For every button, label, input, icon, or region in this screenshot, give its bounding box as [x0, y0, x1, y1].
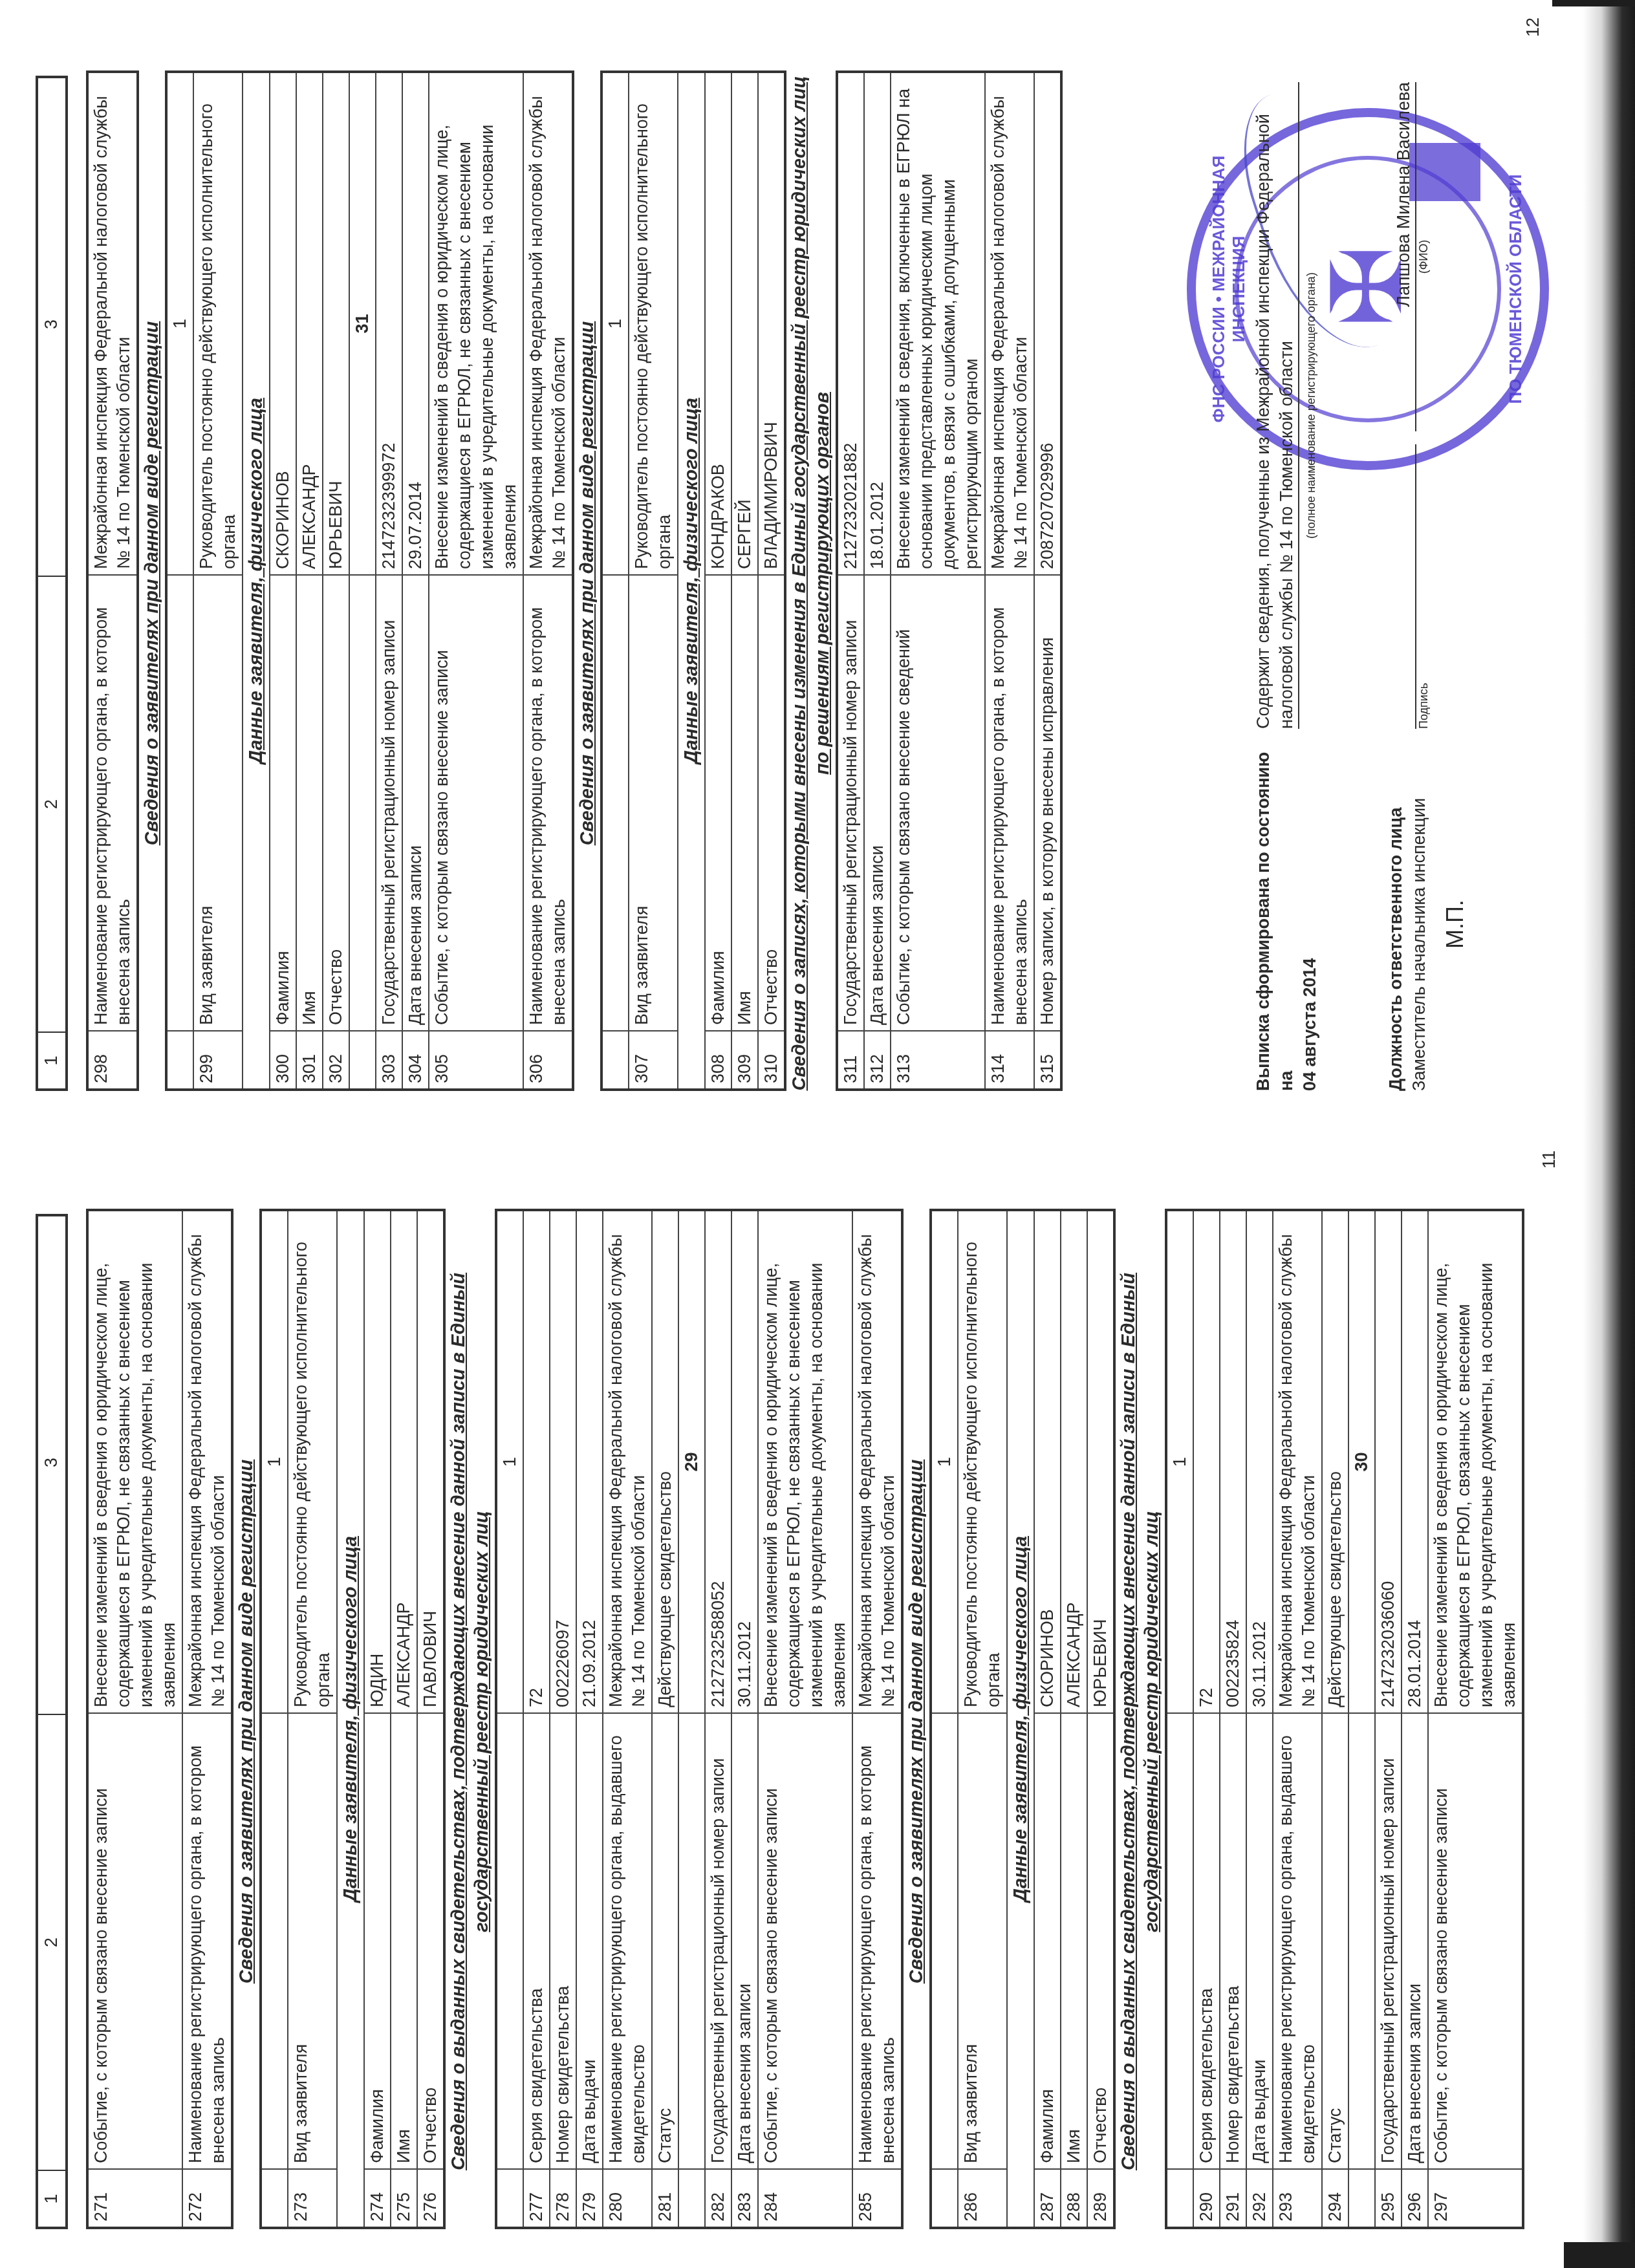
row-value: Межрайонная инспекция Федеральной налого… [985, 72, 1034, 575]
table-row: 314Наименование регистрирующего органа, … [985, 72, 1034, 1090]
row-value: Руководитель постоянно действующего испо… [958, 1210, 1007, 1713]
column-header-1: 1 [38, 1031, 65, 1088]
row-value: Межрайонная инспекция Федеральной налого… [87, 72, 138, 575]
table-row: 289ОтчествоЮРЬЕВИЧ [1087, 1210, 1114, 2228]
row-label: Серия свидетельства [523, 1713, 550, 2169]
row-number: 279 [576, 2169, 603, 2228]
row-label: Фамилия [270, 575, 296, 1031]
row-label: Дата внесения записи [402, 575, 429, 1031]
row-number: 274 [364, 2169, 391, 2228]
row-value: 002226097 [550, 1210, 576, 1713]
row-label: Наименование регистрирующего органа, в к… [87, 575, 138, 1031]
index-row: 29 [678, 1210, 705, 2228]
table-row: 308ФамилияКОНДРАКОВ [705, 72, 731, 1090]
table-row: 312Дата внесения записи18.01.2012 [864, 72, 891, 1090]
index-value: 30 [1348, 1210, 1375, 1713]
row-label: Фамилия [705, 575, 731, 1031]
row-value: Руководитель постоянно действующего испо… [288, 1210, 337, 1713]
column-header-3: 3 [38, 1211, 65, 1714]
table-row: 309ИмяСЕРГЕЙ [731, 72, 758, 1090]
row-number: 309 [731, 1031, 758, 1090]
row-number: 288 [1061, 2169, 1087, 2228]
row-label: Государственный регистрационный номер за… [376, 575, 402, 1031]
table-row: 306Наименование регистрирующего органа, … [523, 72, 573, 1090]
row-number: 294 [1322, 2169, 1348, 2228]
record-table: 1299Вид заявителяРуководитель постоянно … [165, 70, 574, 1091]
table-row: 298Наименование регистрирующего органа, … [87, 72, 138, 1090]
row-value: 18.01.2012 [864, 72, 891, 575]
row-label: Отчество [1087, 1713, 1114, 2169]
row-value: КОНДРАКОВ [705, 72, 731, 575]
row-value: Руководитель постоянно действующего испо… [629, 72, 678, 575]
row-value: Внесение изменений в сведения о юридичес… [1428, 1210, 1523, 1713]
row-value: Межрайонная инспекция Федеральной налого… [523, 72, 573, 575]
row-label: Дата внесения записи [864, 575, 891, 1031]
table-row: 302ОтчествоЮРЬЕВИЧ [323, 72, 349, 1090]
row-label: Вид заявителя [193, 575, 243, 1031]
column-header-row: 123 [36, 1214, 68, 2229]
row-label: Дата выдачи [1246, 1713, 1273, 2169]
row-value: СКОРИНОВ [270, 72, 296, 575]
table-row: 293Наименование регистрирующего органа, … [1273, 1210, 1322, 2228]
row-number: 303 [376, 1031, 402, 1090]
index-value: 29 [678, 1210, 705, 1713]
signature-caption: Подпись [1416, 431, 1431, 729]
table-row: 273Вид заявителяРуководитель постоянно д… [288, 1210, 337, 2228]
table-row: 274ФамилияЮДИН [364, 1210, 391, 2228]
row-label: Государственный регистрационный номер за… [705, 1713, 731, 2169]
row-value: Внесение изменений в сведения о юридичес… [758, 1210, 852, 1713]
index-value: 1 [1166, 1210, 1193, 1713]
section-title-applicants: Сведения о заявителях при данном виде ре… [574, 76, 600, 1091]
index-row: 31 [349, 72, 376, 1090]
row-number: 273 [288, 2169, 337, 2228]
table-row: 307Вид заявителяРуководитель постоянно д… [629, 72, 678, 1090]
record-table: 311Государственный регистрационный номер… [836, 70, 1063, 1091]
row-label: Событие, с которым связано внесение запи… [87, 1713, 182, 2169]
row-value: ЮДИН [364, 1210, 391, 1713]
row-value: Действующее свидетельство [1322, 1210, 1348, 1713]
row-value: 2127232588052 [705, 1210, 731, 1713]
footer: Выписка сформирована по состоянию на 04 … [1251, 56, 1467, 1091]
page-12-content: 123298Наименование регистрирующего орган… [36, 76, 1063, 1091]
table-row: 275ИмяАЛЕКСАНДР [391, 1210, 417, 2228]
page-12: 123298Наименование регистрирующего орган… [0, 5, 1635, 1130]
row-number: 287 [1034, 2169, 1061, 2228]
index-value: 1 [166, 72, 193, 575]
row-label: Номер записи, в которую внесены исправле… [1034, 575, 1061, 1031]
index-row: 1 [496, 1210, 523, 2228]
row-number: 271 [87, 2169, 182, 2228]
row-value: СКОРИНОВ [1034, 1210, 1061, 1713]
position-value: Заместитель начальника инспекции [1407, 729, 1431, 1091]
row-label: Отчество [417, 1713, 444, 2169]
row-number: 307 [629, 1031, 678, 1090]
table-row: 297Событие, с которым связано внесение з… [1428, 1210, 1523, 2228]
table-row: 276ОтчествоПАВЛОВИЧ [417, 1210, 444, 2228]
row-label: Имя [391, 1713, 417, 2169]
row-label: Имя [731, 575, 758, 1031]
row-value: ЮРЬЕВИЧ [1087, 1210, 1114, 1713]
table-row: 280Наименование регистрирующего органа, … [603, 1210, 652, 2228]
section-title-corrections: Сведения о записях, которыми внесены изм… [786, 76, 836, 1091]
issued-date: 04 августа 2014 [1298, 729, 1321, 1091]
row-value: Внесение изменений в сведения о юридичес… [429, 72, 523, 575]
record-table: 271Событие, с которым связано внесение з… [86, 1209, 233, 2229]
index-row: 1 [166, 72, 193, 1090]
row-label: Отчество [323, 575, 349, 1031]
table-row: 271Событие, с которым связано внесение з… [87, 1210, 182, 2228]
table-row: 279Дата выдачи21.09.2012 [576, 1210, 603, 2228]
row-value: АЛЕКСАНДР [296, 72, 323, 575]
row-number: 310 [758, 1031, 785, 1090]
table-row: 304Дата внесения записи29.07.2014 [402, 72, 429, 1090]
row-number: 296 [1402, 2169, 1428, 2228]
row-number: 283 [731, 2169, 758, 2228]
stamp-text-bottom: ПО ТЮМЕНСКОЙ ОБЛАСТИ [1506, 117, 1526, 461]
table-row: 288ИмяАЛЕКСАНДР [1061, 1210, 1087, 2228]
column-header-2: 2 [38, 1714, 65, 2170]
table-row: 291Номер свидетельства002235824 [1220, 1210, 1246, 2228]
row-value: АЛЕКСАНДР [1061, 1210, 1087, 1713]
row-number: 282 [705, 2169, 731, 2228]
table-row: 278Номер свидетельства002226097 [550, 1210, 576, 2228]
record-table: 1307Вид заявителяРуководитель постоянно … [600, 70, 786, 1091]
issued-text: Содержит сведения, полученные из Межрайо… [1251, 82, 1299, 729]
row-number: 291 [1220, 2169, 1246, 2228]
page-11: 123271Событие, с которым связано внесени… [0, 1143, 1635, 2268]
index-value: 31 [349, 72, 376, 575]
table-row: 287ФамилияСКОРИНОВ [1034, 1210, 1061, 2228]
stamp-text-top: ФНС РОССИИ • МЕЖРАЙОННАЯ ИНСПЕКЦИЯ [1209, 117, 1249, 461]
index-row: 1 [601, 72, 629, 1090]
row-value: СЕРГЕЙ [731, 72, 758, 575]
row-label: Дата внесения записи [1402, 1713, 1428, 2169]
table-row: 313Событие, с которым связано внесение с… [891, 72, 985, 1090]
row-label: Событие, с которым связано внесение запи… [429, 575, 523, 1031]
row-number: 306 [523, 1031, 573, 1090]
index-row: 1 [931, 1210, 958, 2228]
index-value: 1 [261, 1210, 288, 1713]
row-value: 2127232021882 [837, 72, 864, 575]
table-row: 282Государственный регистрационный номер… [705, 1210, 731, 2228]
index-row: 30 [1348, 1210, 1375, 2228]
index-row: 1 [1166, 1210, 1193, 2228]
row-number: 312 [864, 1031, 891, 1090]
row-value: ВЛАДИМИРОВИЧ [758, 72, 785, 575]
table-row: 284Событие, с которым связано внесение з… [758, 1210, 852, 2228]
table-row: 310ОтчествоВЛАДИМИРОВИЧ [758, 72, 785, 1090]
row-label: Государственный регистрационный номер за… [1375, 1713, 1402, 2169]
row-label: Наименование регистрирующего органа, выд… [1273, 1713, 1322, 2169]
row-value: АЛЕКСАНДР [391, 1210, 417, 1713]
section-title-person: Данные заявителя, физического лица [678, 73, 704, 1088]
record-table: 1290Серия свидетельства72291Номер свидет… [1165, 1209, 1524, 2229]
row-number: 300 [270, 1031, 296, 1090]
row-value: Руководитель постоянно действующего испо… [193, 72, 243, 575]
row-label: Фамилия [364, 1713, 391, 2169]
table-row: 281СтатусДействующее свидетельство [652, 1210, 678, 2228]
section-title-person: Данные заявителя, физического лица [1008, 1211, 1034, 2227]
table-row: 283Дата внесения записи30.11.2012 [731, 1210, 758, 2228]
row-value: Действующее свидетельство [652, 1210, 678, 1713]
row-number: 299 [193, 1031, 243, 1090]
section-title-certificates: Сведения о выданных свидетельствах, подт… [446, 1214, 495, 2229]
section-title-person: Данные заявителя, физического лица [243, 73, 269, 1088]
index-value: 1 [931, 1210, 958, 1713]
row-value: Межрайонная инспекция Федеральной налого… [182, 1210, 232, 1713]
row-label: Номер свидетельства [1220, 1713, 1246, 2169]
row-number: 272 [182, 2169, 232, 2228]
row-label: Событие, с которым связано внесение запи… [1428, 1713, 1523, 2169]
table-row: 290Серия свидетельства72 [1193, 1210, 1220, 2228]
row-number: 295 [1375, 2169, 1402, 2228]
section-title-applicants: Сведения о заявителях при данном виде ре… [139, 76, 165, 1091]
row-number: 275 [391, 2169, 417, 2228]
row-value: Межрайонная инспекция Федеральной налого… [1273, 1210, 1322, 1713]
row-value: 002235824 [1220, 1210, 1246, 1713]
document-spread: 123271Событие, с которым связано внесени… [0, 0, 1635, 2268]
row-value: 28.01.2014 [1402, 1210, 1428, 1713]
row-number: 313 [891, 1031, 985, 1090]
row-value: Внесение изменений в сведения, включенны… [891, 72, 985, 575]
row-number: 315 [1034, 1031, 1061, 1090]
org-caption: (полное наименование регистрирующего орг… [1299, 82, 1323, 729]
row-value: 2147232036060 [1375, 1210, 1402, 1713]
page-number: 11 [1539, 1150, 1559, 1169]
row-label: Наименование регистрирующего органа, выд… [603, 1713, 652, 2169]
row-number: 285 [852, 2169, 902, 2228]
row-label: Серия свидетельства [1193, 1713, 1220, 2169]
row-number: 289 [1087, 2169, 1114, 2228]
row-label: Вид заявителя [958, 1713, 1007, 2169]
responsible-name: Лапшова Милена Василева [1392, 82, 1416, 431]
row-label: Статус [1322, 1713, 1348, 2169]
row-value: Межрайонная инспекция Федеральной налого… [603, 1210, 652, 1713]
row-number: 302 [323, 1031, 349, 1090]
row-number: 280 [603, 2169, 652, 2228]
row-number: 286 [958, 2169, 1007, 2228]
row-label: Наименование регистрирующего органа, в к… [182, 1713, 232, 2169]
table-row: 305Событие, с которым связано внесение з… [429, 72, 523, 1090]
row-label: Имя [1061, 1713, 1087, 2169]
row-value: 72 [523, 1210, 550, 1713]
row-number: 301 [296, 1031, 323, 1090]
row-label: Государственный регистрационный номер за… [837, 575, 864, 1031]
section-title-applicants: Сведения о заявителях при данном виде ре… [904, 1214, 929, 2229]
index-value: 1 [601, 72, 629, 575]
column-header-2: 2 [38, 576, 65, 1031]
row-value: ЮРЬЕВИЧ [323, 72, 349, 575]
row-label: Имя [296, 575, 323, 1031]
table-row: 300ФамилияСКОРИНОВ [270, 72, 296, 1090]
signature-line [1392, 444, 1416, 729]
table-row: 311Государственный регистрационный номер… [837, 72, 864, 1090]
row-label: Статус [652, 1713, 678, 2169]
row-value: 21.09.2012 [576, 1210, 603, 1713]
row-number: 293 [1273, 2169, 1322, 2228]
row-label: Наименование регистрирующего органа, в к… [523, 575, 573, 1031]
row-value: ПАВЛОВИЧ [417, 1210, 444, 1713]
column-header-3: 3 [38, 73, 65, 576]
row-number: 305 [429, 1031, 523, 1090]
row-label: Отчество [758, 575, 785, 1031]
row-number: 278 [550, 2169, 576, 2228]
table-row: 277Серия свидетельства72 [523, 1210, 550, 2228]
issued-label: Выписка сформирована по состоянию на [1251, 729, 1298, 1091]
table-row: 294СтатусДействующее свидетельство [1322, 1210, 1348, 2228]
row-value: 30.11.2012 [731, 1210, 758, 1713]
table-row: 299Вид заявителяРуководитель постоянно д… [193, 72, 243, 1090]
row-number: 292 [1246, 2169, 1273, 2228]
index-row: 1 [261, 1210, 288, 2228]
row-label: Событие, с которым связано внесение свед… [891, 575, 985, 1031]
page-11-content: 123271Событие, с которым связано внесени… [36, 1214, 1524, 2229]
row-label: Дата выдачи [576, 1713, 603, 2169]
row-label: Номер свидетельства [550, 1713, 576, 2169]
table-row: 303Государственный регистрационный номер… [376, 72, 402, 1090]
row-label: Наименование регистрирующего органа, в к… [852, 1713, 902, 2169]
row-value: Межрайонная инспекция Федеральной налого… [852, 1210, 902, 1713]
table-row: 285Наименование регистрирующего органа, … [852, 1210, 902, 2228]
record-table: 1286Вид заявителяРуководитель постоянно … [929, 1209, 1116, 2229]
record-table: 298Наименование регистрирующего органа, … [86, 70, 139, 1091]
section-title-applicants: Сведения о заявителях при данном виде ре… [233, 1214, 259, 2229]
row-number: 281 [652, 2169, 678, 2228]
row-number: 314 [985, 1031, 1034, 1090]
section-title-person: Данные заявителя, физического лица [338, 1211, 363, 2227]
table-row: 301ИмяАЛЕКСАНДР [296, 72, 323, 1090]
position-label: Должность ответственного лица [1384, 729, 1407, 1091]
row-value: Внесение изменений в сведения о юридичес… [87, 1210, 182, 1713]
record-table: 1277Серия свидетельства72278Номер свидет… [495, 1209, 904, 2229]
row-number: 304 [402, 1031, 429, 1090]
row-number: 297 [1428, 2169, 1523, 2228]
column-header-row: 123 [36, 76, 68, 1091]
row-number: 290 [1193, 2169, 1220, 2228]
section-title-certificates: Сведения о выданных свидетельствах, подт… [1116, 1214, 1165, 2229]
row-value: 2147232399972 [376, 72, 402, 575]
name-caption: (ФИО) [1416, 82, 1431, 431]
table-row: 296Дата внесения записи28.01.2014 [1402, 1210, 1428, 2228]
row-value: 2087207029996 [1034, 72, 1061, 575]
table-row: 272Наименование регистрирующего органа, … [182, 1210, 232, 2228]
row-number: 298 [87, 1031, 138, 1090]
row-number: 284 [758, 2169, 852, 2228]
row-number: 276 [417, 2169, 444, 2228]
table-row: 292Дата выдачи30.11.2012 [1246, 1210, 1273, 2228]
row-value: 29.07.2014 [402, 72, 429, 575]
row-label: Вид заявителя [288, 1713, 337, 2169]
table-row: 315Номер записи, в которую внесены испра… [1034, 72, 1061, 1090]
row-number: 308 [705, 1031, 731, 1090]
record-table: 1273Вид заявителяРуководитель постоянно … [259, 1209, 446, 2229]
seal-label: М.П. [1444, 56, 1467, 949]
table-row: 286Вид заявителяРуководитель постоянно д… [958, 1210, 1007, 2228]
row-label: Вид заявителя [629, 575, 678, 1031]
row-value: 72 [1193, 1210, 1220, 1713]
page-number: 12 [1523, 17, 1543, 37]
row-label: Дата внесения записи [731, 1713, 758, 2169]
row-label: Событие, с которым связано внесение запи… [758, 1713, 852, 2169]
row-number: 277 [523, 2169, 550, 2228]
table-row: 295Государственный регистрационный номер… [1375, 1210, 1402, 2228]
row-label: Наименование регистрирующего органа, в к… [985, 575, 1034, 1031]
row-number: 311 [837, 1031, 864, 1090]
row-label: Фамилия [1034, 1713, 1061, 2169]
row-value: 30.11.2012 [1246, 1210, 1273, 1713]
index-value: 1 [496, 1210, 523, 1713]
column-header-1: 1 [38, 2170, 65, 2227]
